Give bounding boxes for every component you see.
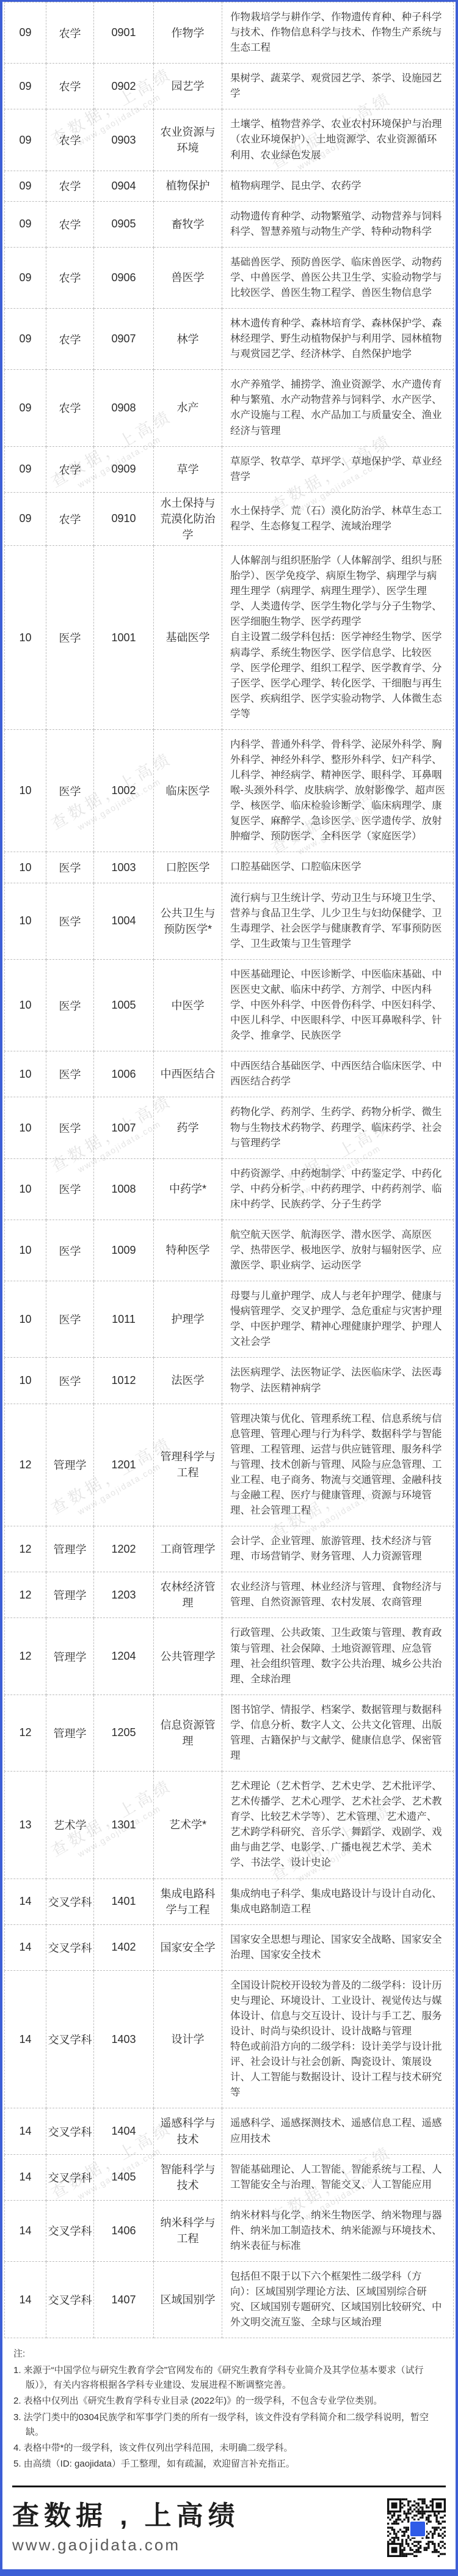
category-name-cell: 交叉学科 [46, 1970, 94, 2108]
discipline-code-cell: 1201 [94, 1404, 154, 1526]
secondary-disciplines-cell: 药物化学、药剂学、生药学、药物分析学、微生物与生物技术药物学、药理学、临床药学、… [222, 1097, 454, 1158]
table-row: 09农学0908水产水产养殖学、捕捞学、渔业资源学、水产遗传育种与繁殖、水产动物… [5, 370, 454, 446]
category-code-cell: 09 [5, 64, 46, 109]
category-code-cell: 10 [5, 546, 46, 730]
secondary-disciplines-cell: 纳米材料与化学、纳米生物医学、纳米物理与器件、纳米加工制造技术、纳米能源与环境技… [222, 2200, 454, 2261]
discipline-code-cell: 1405 [94, 2154, 154, 2200]
category-code-cell: 10 [5, 1220, 46, 1281]
discipline-name-cell: 管理科学与工程 [154, 1404, 222, 1526]
secondary-disciplines-cell: 人体解剖与组织胚胎学（人体解剖学、组织与胚胎学）、医学免疫学、病原生物学、病理学… [222, 546, 454, 730]
category-code-cell: 10 [5, 1051, 46, 1097]
table-row: 12管理学1202工商管理学会计学、企业管理、旅游管理、技术经济与管理、市场营销… [5, 1526, 454, 1572]
table-row: 14交叉学科1401集成电路科学与工程集成纳电子科学、集成电路设计与设计自动化、… [5, 1879, 454, 1924]
table-row: 12管理学1201管理科学与工程管理决策与优化、管理系统工程、信息系统与信息管理… [5, 1404, 454, 1526]
table-row: 10医学1012法医学法医病理学、法医物证学、法医临床学、法医毒物学、法医精神病… [5, 1358, 454, 1404]
table-body: 09农学0901作物学作物栽培学与耕作学、作物遗传育种、种子科学与技术、作物信息… [5, 2, 454, 2338]
table-row: 14交叉学科1405智能科学与技术智能基础理论、人工智能、智能系统与工程、人工智… [5, 2154, 454, 2200]
discipline-name-cell: 园艺学 [154, 64, 222, 109]
discipline-catalog-table: 09农学0901作物学作物栽培学与耕作学、作物遗传育种、种子科学与技术、作物信息… [4, 2, 454, 2338]
discipline-name-cell: 纳米科学与工程 [154, 2200, 222, 2261]
table-row: 13艺术学1301艺术学*艺术理论（艺术哲学、艺术史学、艺术批评学、艺术传播学、… [5, 1772, 454, 1879]
category-name-cell: 农学 [46, 64, 94, 109]
category-code-cell: 10 [5, 1097, 46, 1158]
discipline-name-cell: 智能科学与技术 [154, 2154, 222, 2200]
table-row: 14交叉学科1403设计学全国设计院校开设较为普及的二级学科：设计历史与理论、环… [5, 1970, 454, 2108]
secondary-disciplines-cell: 国家安全思想与理论、国家安全战略、国家安全治理、国家安全技术 [222, 1924, 454, 1970]
table-row: 09农学0910水土保持与荒漠化防治学水土保持学、荒（石）漠化防治学、林草生态工… [5, 492, 454, 545]
category-name-cell: 医学 [46, 1097, 94, 1158]
category-code-cell: 12 [5, 1618, 46, 1695]
category-name-cell: 交叉学科 [46, 2200, 94, 2261]
category-name-cell: 医学 [46, 852, 94, 883]
note-item: 4. 表格中带*的一级学科，该文件仅列出学科范围，未明确二级学科。 [13, 2441, 445, 2456]
notes-list: 1. 来源于“中国学位与研究生教育学会”官网发布的《研究生教育学科专业简介及其学… [13, 2363, 445, 2472]
qr-code [387, 2498, 446, 2557]
category-name-cell: 医学 [46, 959, 94, 1051]
discipline-code-cell: 0902 [94, 64, 154, 109]
category-name-cell: 农学 [46, 171, 94, 201]
table-row: 10医学1008中药学*中药资源学、中药炮制学、中药鉴定学、中药化学、中药分析学… [5, 1158, 454, 1220]
notes-section: 注: 1. 来源于“中国学位与研究生教育学会”官网发布的《研究生教育学科专业简介… [2, 2338, 456, 2479]
category-name-cell: 农学 [46, 247, 94, 308]
table-row: 12管理学1205信息资源管理图书馆学、情报学、档案学、数据管理与数据科学、信息… [5, 1695, 454, 1771]
table-row: 10医学1007药学药物化学、药剂学、生药学、药物分析学、微生物与生物技术药物学… [5, 1097, 454, 1158]
category-name-cell: 农学 [46, 109, 94, 171]
category-code-cell: 12 [5, 1404, 46, 1526]
discipline-code-cell: 1008 [94, 1158, 154, 1220]
discipline-code-cell: 1404 [94, 2108, 154, 2154]
table-row: 09农学0906兽医学基础兽医学、预防兽医学、临床兽医学、动物药学、中兽医学、兽… [5, 247, 454, 308]
secondary-disciplines-cell: 水土保持学、荒（石）漠化防治学、林草生态工程学、生态修复工程学、流域治理学 [222, 492, 454, 545]
table-row: 10医学1003口腔医学口腔基础医学、口腔临床医学 [5, 852, 454, 883]
category-name-cell: 管理学 [46, 1404, 94, 1526]
category-name-cell: 交叉学科 [46, 2262, 94, 2338]
category-name-cell: 医学 [46, 1158, 94, 1220]
category-code-cell: 14 [5, 1970, 46, 2108]
category-name-cell: 农学 [46, 201, 94, 247]
category-code-cell: 10 [5, 1358, 46, 1404]
secondary-disciplines-cell: 中药资源学、中药炮制学、中药鉴定学、中药化学、中药分析学、中药药理学、中药药剂学… [222, 1158, 454, 1220]
discipline-code-cell: 1407 [94, 2262, 154, 2338]
secondary-disciplines-cell: 口腔基础医学、口腔临床医学 [222, 852, 454, 883]
discipline-name-cell: 林学 [154, 309, 222, 370]
category-name-cell: 农学 [46, 2, 94, 64]
category-name-cell: 管理学 [46, 1618, 94, 1695]
category-name-cell: 交叉学科 [46, 2154, 94, 2200]
discipline-name-cell: 信息资源管理 [154, 1695, 222, 1771]
table-row: 10医学1011护理学母婴与儿童护理学、成人与老年护理学、健康与慢病管理学、交叉… [5, 1281, 454, 1358]
discipline-code-cell: 1204 [94, 1618, 154, 1695]
category-code-cell: 14 [5, 2154, 46, 2200]
qr-center-logo-icon [409, 2520, 426, 2537]
discipline-name-cell: 农林经济管理 [154, 1572, 222, 1618]
secondary-disciplines-cell: 农业经济与管理、林业经济与管理、食物经济与管理、自然资源管理、农村发展、农商管理 [222, 1572, 454, 1618]
table-row: 10医学1004公共卫生与预防医学*流行病与卫生统计学、劳动卫生与环境卫生学、营… [5, 883, 454, 959]
discipline-name-cell: 水土保持与荒漠化防治学 [154, 492, 222, 545]
category-code-cell: 09 [5, 446, 46, 492]
discipline-name-cell: 农业资源与环境 [154, 109, 222, 171]
discipline-code-cell: 1007 [94, 1097, 154, 1158]
category-code-cell: 12 [5, 1572, 46, 1618]
secondary-disciplines-cell: 艺术理论（艺术哲学、艺术史学、艺术批评学、艺术传播学、艺术心理学、艺术社会学、艺… [222, 1772, 454, 1879]
discipline-name-cell: 水产 [154, 370, 222, 446]
category-code-cell: 14 [5, 1924, 46, 1970]
discipline-code-cell: 0910 [94, 492, 154, 545]
category-code-cell: 09 [5, 109, 46, 171]
secondary-disciplines-cell: 母婴与儿童护理学、成人与老年护理学、健康与慢病管理学、交叉护理学、急危重症与灾害… [222, 1281, 454, 1358]
discipline-name-cell: 口腔医学 [154, 852, 222, 883]
discipline-code-cell: 0907 [94, 309, 154, 370]
discipline-name-cell: 区域国别学 [154, 2262, 222, 2338]
table-row: 09农学0903农业资源与环境土壤学、植物营养学、农业农村环境保护与治理（农业环… [5, 109, 454, 171]
note-item: 2. 表格中仅列出《研究生教育学科专业目录 (2022年)》的一级学科，不包含专… [13, 2394, 445, 2409]
secondary-disciplines-cell: 会计学、企业管理、旅游管理、技术经济与管理、市场营销学、财务管理、人力资源管理 [222, 1526, 454, 1572]
category-code-cell: 14 [5, 1879, 46, 1924]
discipline-code-cell: 1003 [94, 852, 154, 883]
category-code-cell: 10 [5, 959, 46, 1051]
discipline-code-cell: 0905 [94, 201, 154, 247]
category-name-cell: 医学 [46, 883, 94, 959]
discipline-name-cell: 中药学* [154, 1158, 222, 1220]
discipline-name-cell: 设计学 [154, 1970, 222, 2108]
category-name-cell: 医学 [46, 729, 94, 852]
secondary-disciplines-cell: 植物病理学、昆虫学、农药学 [222, 171, 454, 201]
category-name-cell: 医学 [46, 546, 94, 730]
discipline-code-cell: 1012 [94, 1358, 154, 1404]
discipline-code-cell: 0903 [94, 109, 154, 171]
table-row: 09农学0907林学林木遗传育种学、森林培育学、森林保护学、森林经理学、野生动植… [5, 309, 454, 370]
discipline-code-cell: 1009 [94, 1220, 154, 1281]
table-row: 10医学1005中医学中医基础理论、中医诊断学、中医临床基础、中医医史文献、临床… [5, 959, 454, 1051]
secondary-disciplines-cell: 全国设计院校开设较为普及的二级学科：设计历史与理论、环境设计、工业设计、视觉传达… [222, 1970, 454, 2108]
discipline-name-cell: 草学 [154, 446, 222, 492]
table-row: 09农学0902园艺学果树学、蔬菜学、观赏园艺学、茶学、设施园艺学 [5, 64, 454, 109]
secondary-disciplines-cell: 遥感科学、遥感探测技术、遥感信息工程、遥感应用技术 [222, 2108, 454, 2154]
table-row: 10医学1001基础医学人体解剖与组织胚胎学（人体解剖学、组织与胚胎学）、医学免… [5, 546, 454, 730]
discipline-code-cell: 1205 [94, 1695, 154, 1771]
discipline-code-cell: 1002 [94, 729, 154, 852]
discipline-name-cell: 法医学 [154, 1358, 222, 1404]
secondary-disciplines-cell: 中医基础理论、中医诊断学、中医临床基础、中医医史文献、临床中药学、方剂学、中医内… [222, 959, 454, 1051]
secondary-disciplines-cell: 林木遗传育种学、森林培育学、森林保护学、森林经理学、野生动植物保护与利用学、园林… [222, 309, 454, 370]
discipline-name-cell: 兽医学 [154, 247, 222, 308]
category-code-cell: 14 [5, 2262, 46, 2338]
table-row: 10医学1002临床医学内科学、普通外科学、骨科学、泌尿外科学、胸外科学、神经外… [5, 729, 454, 852]
secondary-disciplines-cell: 中西医结合基础医学、中西医结合临床医学、中西医结合药学 [222, 1051, 454, 1097]
bottom-accent-bar [0, 2569, 458, 2576]
category-code-cell: 14 [5, 2108, 46, 2154]
table-row: 12管理学1203农林经济管理农业经济与管理、林业经济与管理、食物经济与管理、自… [5, 1572, 454, 1618]
discipline-name-cell: 特种医学 [154, 1220, 222, 1281]
discipline-name-cell: 植物保护 [154, 171, 222, 201]
discipline-code-cell: 1401 [94, 1879, 154, 1924]
category-name-cell: 交叉学科 [46, 1879, 94, 1924]
discipline-name-cell: 集成电路科学与工程 [154, 1879, 222, 1924]
discipline-name-cell: 国家安全学 [154, 1924, 222, 1970]
category-name-cell: 管理学 [46, 1572, 94, 1618]
category-code-cell: 10 [5, 1158, 46, 1220]
table-row: 14交叉学科1406纳米科学与工程纳米材料与化学、纳米生物医学、纳米物理与器件、… [5, 2200, 454, 2261]
category-name-cell: 艺术学 [46, 1772, 94, 1879]
footer-slogan: 查数据 , 上高绩 [12, 2501, 240, 2532]
discipline-name-cell: 工商管理学 [154, 1526, 222, 1572]
footer: 查数据 , 上高绩 www.gaojidata.com [2, 2487, 456, 2567]
category-code-cell: 13 [5, 1772, 46, 1879]
category-name-cell: 交叉学科 [46, 1924, 94, 1970]
category-name-cell: 农学 [46, 446, 94, 492]
secondary-disciplines-cell: 包括但不限于以下六个框架性二级学科（方向）：区域国别学理论方法、区域国别综合研究… [222, 2262, 454, 2338]
infographic-page: 查数据，上高绩www.gaojidata.com查数据，上高绩www.gaoji… [0, 0, 458, 2576]
discipline-name-cell: 公共管理学 [154, 1618, 222, 1695]
discipline-name-cell: 艺术学* [154, 1772, 222, 1879]
secondary-disciplines-cell: 果树学、蔬菜学、观赏园艺学、茶学、设施园艺学 [222, 64, 454, 109]
category-name-cell: 医学 [46, 1220, 94, 1281]
category-code-cell: 09 [5, 171, 46, 201]
discipline-name-cell: 护理学 [154, 1281, 222, 1358]
category-code-cell: 09 [5, 370, 46, 446]
category-name-cell: 管理学 [46, 1695, 94, 1771]
discipline-code-cell: 1001 [94, 546, 154, 730]
table-row: 10医学1006中西医结合中西医结合基础医学、中西医结合临床医学、中西医结合药学 [5, 1051, 454, 1097]
footer-url: www.gaojidata.com [12, 2536, 240, 2555]
secondary-disciplines-cell: 流行病与卫生统计学、劳动卫生与环境卫生学、营养与食品卫生学、儿少卫生与妇幼保健学… [222, 883, 454, 959]
discipline-name-cell: 基础医学 [154, 546, 222, 730]
discipline-name-cell: 公共卫生与预防医学* [154, 883, 222, 959]
discipline-code-cell: 1406 [94, 2200, 154, 2261]
category-code-cell: 09 [5, 492, 46, 545]
note-item: 5. 由高绩（ID: gaojidata）手工整理，如有疏漏，欢迎留言补充指正。 [13, 2457, 445, 2471]
table-row: 10医学1009特种医学航空航天医学、航海医学、潜水医学、高原医学、热带医学、极… [5, 1220, 454, 1281]
discipline-code-cell: 1005 [94, 959, 154, 1051]
category-code-cell: 10 [5, 1281, 46, 1358]
secondary-disciplines-cell: 管理决策与优化、管理系统工程、信息系统与信息管理、管理心理与行为科学、数据科学与… [222, 1404, 454, 1526]
discipline-name-cell: 中医学 [154, 959, 222, 1051]
secondary-disciplines-cell: 草原学、牧草学、草坪学、草地保护学、草业经营学 [222, 446, 454, 492]
category-name-cell: 医学 [46, 1358, 94, 1404]
category-name-cell: 医学 [46, 1281, 94, 1358]
discipline-code-cell: 1006 [94, 1051, 154, 1097]
secondary-disciplines-cell: 航空航天医学、航海医学、潜水医学、高原医学、热带医学、极地医学、放射与辐射医学、… [222, 1220, 454, 1281]
discipline-code-cell: 1203 [94, 1572, 154, 1618]
table-row: 09农学0901作物学作物栽培学与耕作学、作物遗传育种、种子科学与技术、作物信息… [5, 2, 454, 64]
discipline-code-cell: 0909 [94, 446, 154, 492]
discipline-code-cell: 1403 [94, 1970, 154, 2108]
secondary-disciplines-cell: 内科学、普通外科学、骨科学、泌尿外科学、胸外科学、神经外科学、整形外科学、妇产科… [222, 729, 454, 852]
secondary-disciplines-cell: 水产养殖学、捕捞学、渔业资源学、水产遗传育种与繁殖、水产动物营养与饲料学、水产医… [222, 370, 454, 446]
category-code-cell: 12 [5, 1526, 46, 1572]
category-code-cell: 09 [5, 247, 46, 308]
discipline-code-cell: 0901 [94, 2, 154, 64]
notes-title: 注: [13, 2347, 445, 2361]
note-item: 3. 法学门类中的0304民族学和军事学门类的所有一级学科，该文件没有学科简介和… [13, 2410, 445, 2440]
table-row: 09农学0909草学草原学、牧草学、草坪学、草地保护学、草业经营学 [5, 446, 454, 492]
category-code-cell: 09 [5, 201, 46, 247]
table-row: 09农学0905畜牧学动物遗传育种学、动物繁殖学、动物营养与饲料科学、智慧养殖与… [5, 201, 454, 247]
category-code-cell: 10 [5, 883, 46, 959]
table-row: 14交叉学科1407区域国别学包括但不限于以下六个框架性二级学科（方向）：区域国… [5, 2262, 454, 2338]
secondary-disciplines-cell: 图书馆学、情报学、档案学、数据管理与数据科学、信息分析、数字人文、公共文化管理、… [222, 1695, 454, 1771]
secondary-disciplines-cell: 基础兽医学、预防兽医学、临床兽医学、动物药学、中兽医学、兽医公共卫生学、实验动物… [222, 247, 454, 308]
discipline-name-cell: 畜牧学 [154, 201, 222, 247]
discipline-name-cell: 中西医结合 [154, 1051, 222, 1097]
discipline-code-cell: 1402 [94, 1924, 154, 1970]
discipline-name-cell: 作物学 [154, 2, 222, 64]
category-code-cell: 10 [5, 729, 46, 852]
discipline-name-cell: 遥感科学与技术 [154, 2108, 222, 2154]
category-code-cell: 10 [5, 852, 46, 883]
discipline-name-cell: 药学 [154, 1097, 222, 1158]
discipline-name-cell: 临床医学 [154, 729, 222, 852]
secondary-disciplines-cell: 法医病理学、法医物证学、法医临床学、法医毒物学、法医精神病学 [222, 1358, 454, 1404]
discipline-code-cell: 0908 [94, 370, 154, 446]
category-code-cell: 14 [5, 2200, 46, 2261]
category-name-cell: 交叉学科 [46, 2108, 94, 2154]
table-row: 12管理学1204公共管理学行政管理、公共政策、卫生政策与管理、教育政策与管理、… [5, 1618, 454, 1695]
table-row: 14交叉学科1404遥感科学与技术遥感科学、遥感探测技术、遥感信息工程、遥感应用… [5, 2108, 454, 2154]
discipline-code-cell: 0906 [94, 247, 154, 308]
category-name-cell: 医学 [46, 1051, 94, 1097]
note-item: 1. 来源于“中国学位与研究生教育学会”官网发布的《研究生教育学科专业简介及其学… [13, 2363, 445, 2393]
category-name-cell: 农学 [46, 309, 94, 370]
secondary-disciplines-cell: 集成纳电子科学、集成电路设计与设计自动化、集成电路制造工程 [222, 1879, 454, 1924]
table-row: 09农学0904植物保护植物病理学、昆虫学、农药学 [5, 171, 454, 201]
discipline-code-cell: 1301 [94, 1772, 154, 1879]
discipline-code-cell: 1202 [94, 1526, 154, 1572]
secondary-disciplines-cell: 动物遗传育种学、动物繁殖学、动物营养与饲料科学、智慧养殖与动物生产学、特种动物科… [222, 201, 454, 247]
secondary-disciplines-cell: 智能基础理论、人工智能、智能系统与工程、人工智能安全与治理、智能交叉、人工智能应… [222, 2154, 454, 2200]
table-row: 14交叉学科1402国家安全学国家安全思想与理论、国家安全战略、国家安全治理、国… [5, 1924, 454, 1970]
category-code-cell: 09 [5, 309, 46, 370]
secondary-disciplines-cell: 行政管理、公共政策、卫生政策与管理、教育政策与管理、社会保障、土地资源管理、应急… [222, 1618, 454, 1695]
secondary-disciplines-cell: 土壤学、植物营养学、农业农村环境保护与治理（农业环境保护）、土地资源学、农业资源… [222, 109, 454, 171]
category-code-cell: 09 [5, 2, 46, 64]
category-name-cell: 农学 [46, 370, 94, 446]
discipline-code-cell: 0904 [94, 171, 154, 201]
discipline-code-cell: 1004 [94, 883, 154, 959]
category-name-cell: 管理学 [46, 1526, 94, 1572]
category-code-cell: 12 [5, 1695, 46, 1771]
discipline-code-cell: 1011 [94, 1281, 154, 1358]
category-name-cell: 农学 [46, 492, 94, 545]
brand-block: 查数据 , 上高绩 www.gaojidata.com [12, 2501, 240, 2555]
secondary-disciplines-cell: 作物栽培学与耕作学、作物遗传育种、种子科学与技术、作物信息科学与技术、作物生产系… [222, 2, 454, 64]
